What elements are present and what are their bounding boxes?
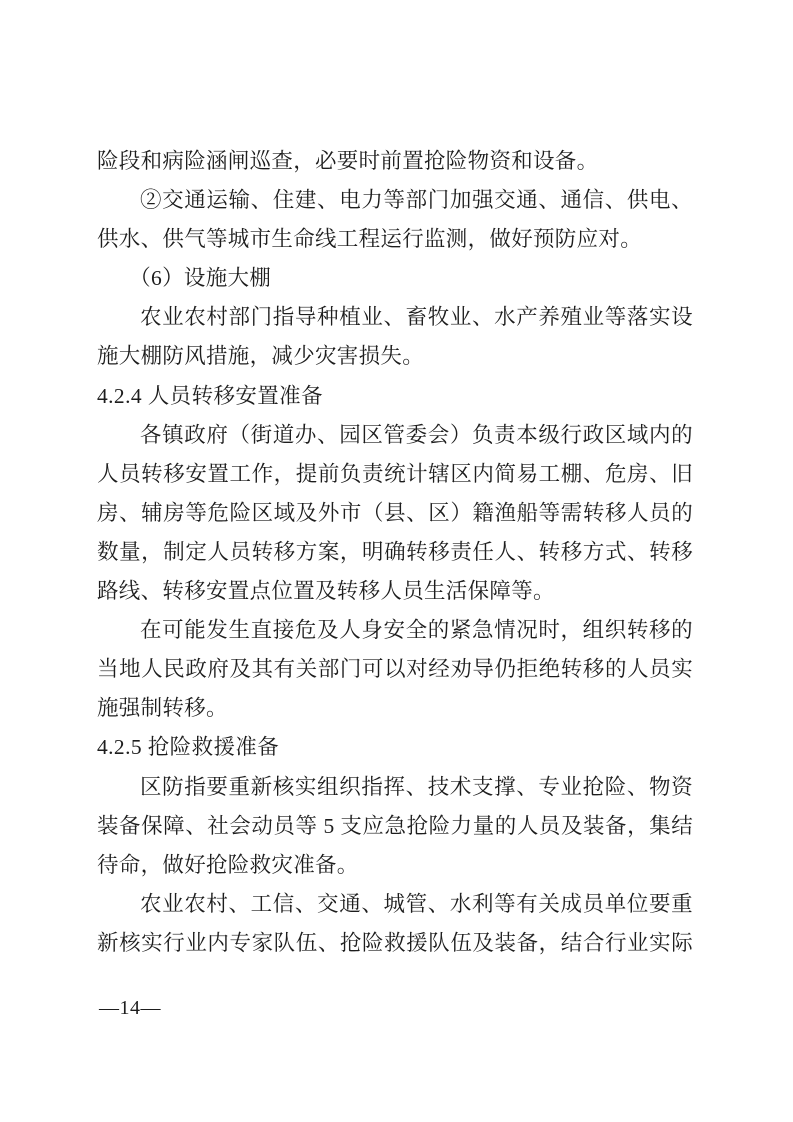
text-line: 路线、转移安置点位置及转移人员生活保障等。 <box>97 572 693 611</box>
text-line: 农业农村部门指导种植业、畜牧业、水产养殖业等落实设 <box>97 298 693 337</box>
list-item-heading: （6）设施大棚 <box>97 259 693 298</box>
text-line: ②交通运输、住建、电力等部门加强交通、通信、供电、 <box>97 181 693 220</box>
text-line: 区防指要重新核实组织指挥、技术支撑、专业抢险、物资 <box>97 768 693 807</box>
text-line: 施强制转移。 <box>97 689 693 728</box>
text-line: 装备保障、社会动员等 5 支应急抢险力量的人员及装备，集结 <box>97 807 693 846</box>
text-line: 新核实行业内专家队伍、抢险救援队伍及装备，结合行业实际 <box>97 924 693 963</box>
text-line: 各镇政府（街道办、园区管委会）负责本级行政区域内的 <box>97 416 693 455</box>
section-heading-4-2-4: 4.2.4 人员转移安置准备 <box>97 377 693 416</box>
text-line: 农业农村、工信、交通、城管、水利等有关成员单位要重 <box>97 885 693 924</box>
text-line: 施大棚防风措施，减少灾害损失。 <box>97 337 693 376</box>
text-line: 供水、供气等城市生命线工程运行监测，做好预防应对。 <box>97 220 693 259</box>
text-line: 在可能发生直接危及人身安全的紧急情况时，组织转移的 <box>97 611 693 650</box>
text-line: 险段和病险涵闸巡查，必要时前置抢险物资和设备。 <box>97 142 693 181</box>
text-line: 人员转移安置工作，提前负责统计辖区内简易工棚、危房、旧 <box>97 455 693 494</box>
text-line: 待命，做好抢险救灾准备。 <box>97 846 693 885</box>
body-text-block: 险段和病险涵闸巡查，必要时前置抢险物资和设备。 ②交通运输、住建、电力等部门加强… <box>97 142 693 963</box>
text-line: 房、辅房等危险区域及外市（县、区）籍渔船等需转移人员的 <box>97 494 693 533</box>
page-number: —14— <box>99 996 161 1020</box>
text-line: 数量，制定人员转移方案，明确转移责任人、转移方式、转移 <box>97 533 693 572</box>
text-line: 当地人民政府及其有关部门可以对经劝导仍拒绝转移的人员实 <box>97 650 693 689</box>
section-heading-4-2-5: 4.2.5 抢险救援准备 <box>97 728 693 767</box>
document-page: 险段和病险涵闸巡查，必要时前置抢险物资和设备。 ②交通运输、住建、电力等部门加强… <box>0 0 793 1122</box>
